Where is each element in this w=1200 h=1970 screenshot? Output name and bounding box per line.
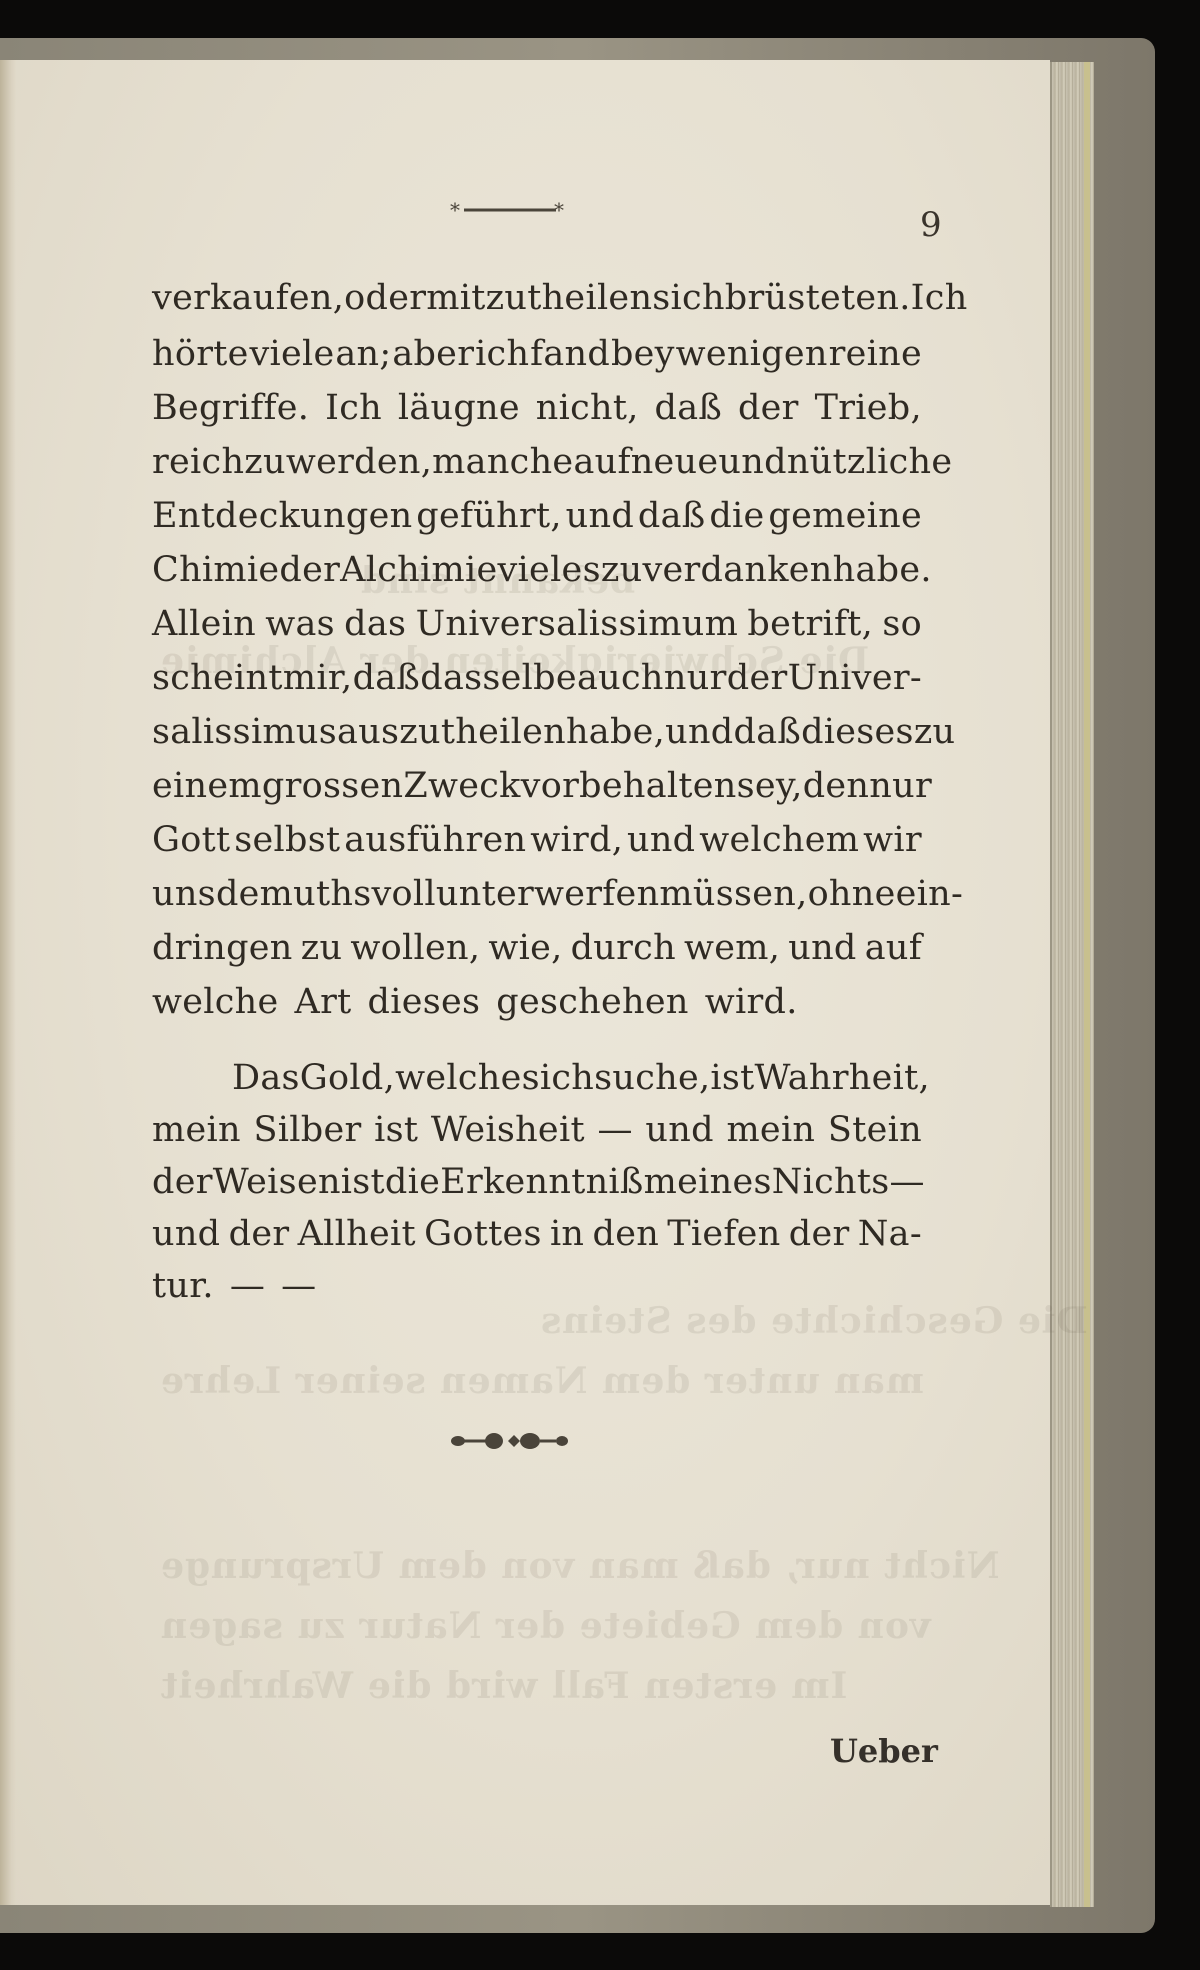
- word: der: [727, 658, 788, 698]
- word: geschehen: [496, 982, 688, 1022]
- word: den: [593, 1214, 660, 1254]
- word: auf: [573, 442, 630, 482]
- word: der: [152, 1162, 213, 1202]
- word: Chimie: [152, 550, 279, 590]
- word: Begriffe.: [152, 388, 309, 428]
- word: und: [627, 820, 695, 860]
- word: bey: [611, 334, 675, 374]
- word: vieles: [497, 550, 600, 590]
- word: und: [566, 496, 634, 536]
- text-line: DasGold,welchesichsuche,istWahrheit,: [232, 1058, 922, 1098]
- word: sey,: [737, 766, 803, 806]
- svg-text:*: *: [554, 200, 564, 220]
- word: ich: [475, 334, 529, 374]
- word: ist: [374, 1110, 418, 1150]
- word: neue: [631, 442, 719, 482]
- word: Trieb,: [815, 388, 922, 428]
- text-line: Begriffe.Ichläugnenicht,daßderTrieb,: [152, 388, 922, 428]
- word: ich: [540, 1058, 594, 1098]
- tailpiece-ornament-icon: [450, 1428, 630, 1454]
- word: uns: [152, 874, 216, 914]
- word: geführt,: [416, 496, 561, 536]
- word: daß: [353, 658, 421, 698]
- text-line: tur.——: [152, 1266, 922, 1306]
- word: zu: [301, 928, 343, 968]
- word: Gott: [152, 820, 230, 860]
- word: Art: [295, 982, 352, 1022]
- word: reine: [829, 334, 922, 374]
- word: —: [597, 1110, 632, 1150]
- text-line: meinSilberistWeisheit—undmeinStein: [152, 1110, 922, 1150]
- text-line: Entdeckungengeführt,unddaßdiegemeine: [152, 496, 922, 536]
- text-line: einemgrossenZweckvorbehaltensey,dennur: [152, 766, 922, 806]
- word: wollen,: [350, 928, 480, 968]
- word: Ich: [911, 278, 968, 318]
- word: das: [344, 604, 406, 644]
- word: daß: [638, 496, 706, 536]
- word: zu: [914, 712, 956, 752]
- word: welches: [395, 1058, 540, 1098]
- word: Erkenntniß: [440, 1162, 643, 1202]
- word: Tiefen: [667, 1214, 780, 1254]
- word: einem: [152, 766, 262, 806]
- word: durch: [571, 928, 676, 968]
- word: Silber: [253, 1110, 361, 1150]
- word: suche,: [594, 1058, 710, 1098]
- word: dringen: [152, 928, 293, 968]
- word: gemeine: [768, 496, 922, 536]
- word: auf: [865, 928, 922, 968]
- word: und: [718, 442, 786, 482]
- word: wie,: [488, 928, 562, 968]
- word: viele: [249, 334, 334, 374]
- word: wird,: [530, 820, 623, 860]
- word: —: [281, 1266, 316, 1306]
- word: an;: [335, 334, 391, 374]
- show-through-text: Im ersten Fall wird die Wahrheit: [160, 1665, 847, 1707]
- word: welche: [152, 982, 279, 1022]
- word: salissimus: [152, 712, 337, 752]
- word: nicht,: [536, 388, 639, 428]
- word: dieses: [368, 982, 481, 1022]
- word: den: [803, 766, 870, 806]
- word: der: [738, 388, 799, 428]
- catchword: Ueber: [830, 1732, 938, 1770]
- word: wird.: [705, 982, 798, 1022]
- word: oder: [344, 278, 426, 318]
- word: Weisheit: [431, 1110, 585, 1150]
- word: ist: [341, 1162, 385, 1202]
- word: wir: [863, 820, 922, 860]
- word: ist: [710, 1058, 754, 1098]
- word: tur.: [152, 1266, 214, 1306]
- text-line: undderAllheitGottesindenTiefenderNa-: [152, 1214, 922, 1254]
- word: Alchimie: [340, 550, 497, 590]
- word: scheint: [152, 658, 283, 698]
- word: hörte: [152, 334, 249, 374]
- text-line: hörtevielean;aberichfandbeywenigenreine: [152, 334, 922, 374]
- word: mein: [152, 1110, 241, 1150]
- word: mir,: [283, 658, 353, 698]
- word: daß: [734, 712, 802, 752]
- word: die: [709, 496, 764, 536]
- text-line: welcheArtdiesesgeschehenwird.: [152, 982, 922, 1022]
- word: betrift,: [747, 604, 873, 644]
- word: und: [645, 1110, 713, 1150]
- word: so: [882, 604, 922, 644]
- word: unterwerfen: [436, 874, 660, 914]
- word: Na-: [858, 1214, 922, 1254]
- word: Univer-: [788, 658, 922, 698]
- word: nützliche: [787, 442, 953, 482]
- word: habe.: [833, 550, 932, 590]
- text-line: derWeisenistdieErkenntnißmeinesNichts—: [152, 1162, 922, 1202]
- word: demuthsvoll: [216, 874, 436, 914]
- word: Gold,: [300, 1058, 395, 1098]
- word: ausführen: [344, 820, 526, 860]
- word: dieses: [801, 712, 914, 752]
- word: wem,: [684, 928, 780, 968]
- word: verdanken: [642, 550, 832, 590]
- word: Universalissimum: [416, 604, 739, 644]
- svg-text:*: *: [450, 200, 460, 220]
- text-line: AlleinwasdasUniversalissimumbetrift,so: [152, 604, 922, 644]
- show-through-text: Nicht nur, daß man von dem Ursprunge: [160, 1545, 1000, 1587]
- page-number: 9: [920, 205, 942, 245]
- word: selbst: [234, 820, 340, 860]
- word: brüsteten.: [725, 278, 911, 318]
- word: grossen: [262, 766, 404, 806]
- word: welchem: [699, 820, 859, 860]
- word: Allheit: [298, 1214, 416, 1254]
- word: aber: [392, 334, 474, 374]
- word: —: [230, 1266, 265, 1306]
- word: Entdeckungen: [152, 496, 412, 536]
- word: vorbehalten: [521, 766, 737, 806]
- word: Stein: [828, 1110, 922, 1150]
- word: verkaufen,: [152, 278, 344, 318]
- word: zu: [601, 550, 643, 590]
- word: habe,: [566, 712, 665, 752]
- word: reich: [152, 442, 244, 482]
- show-through-text: man unter dem Namen seiner Lehre: [160, 1360, 924, 1402]
- running-head-ornament-icon: * *: [450, 200, 570, 220]
- text-line: unsdemuthsvollunterwerfenmüssen,ohneein-: [152, 874, 922, 914]
- word: meines: [644, 1162, 772, 1202]
- word: der: [789, 1214, 850, 1254]
- text-line: salissimusauszutheilenhabe,unddaßdiesesz…: [152, 712, 922, 752]
- word: mitzutheilen: [426, 278, 652, 318]
- word: der: [279, 550, 340, 590]
- page-edges: [1050, 62, 1094, 1907]
- show-through-text: Die Geschichte des Steins: [540, 1300, 1088, 1342]
- text-line: ChimiederAlchimievieleszuverdankenhabe.: [152, 550, 922, 590]
- text-line: reichzuwerden,mancheaufneueundnützliche: [152, 442, 922, 482]
- text-line: scheintmir,daßdasselbeauchnurderUniver-: [152, 658, 922, 698]
- word: Weisen: [213, 1162, 341, 1202]
- word: dasselbe: [420, 658, 577, 698]
- word: auszutheilen: [337, 712, 566, 752]
- word: —: [890, 1162, 925, 1202]
- word: auch: [577, 658, 664, 698]
- word: nur: [869, 766, 932, 806]
- show-through-text: von dem Gebiete der Natur zu sagen: [160, 1605, 931, 1647]
- word: daß: [655, 388, 723, 428]
- word: ohne: [808, 874, 896, 914]
- word: ein-: [896, 874, 963, 914]
- word: was: [265, 604, 335, 644]
- word: nur: [664, 658, 727, 698]
- word: die: [385, 1162, 440, 1202]
- text-line: verkaufen,odermitzutheilensichbrüsteten.…: [152, 278, 922, 318]
- word: müssen,: [659, 874, 807, 914]
- word: wenigen: [676, 334, 828, 374]
- word: Nichts: [772, 1162, 890, 1202]
- word: mein: [726, 1110, 815, 1150]
- word: und: [152, 1214, 220, 1254]
- word: manche: [432, 442, 573, 482]
- word: Das: [232, 1058, 300, 1098]
- word: läugne: [398, 388, 520, 428]
- word: zu: [244, 442, 286, 482]
- page-gutter: [0, 60, 16, 1905]
- word: in: [550, 1214, 584, 1254]
- text-line: dringenzuwollen,wie,durchwem,undauf: [152, 928, 922, 968]
- word: Allein: [152, 604, 256, 644]
- word: sich: [652, 278, 725, 318]
- word: und: [665, 712, 733, 752]
- word: fand: [530, 334, 610, 374]
- word: der: [229, 1214, 290, 1254]
- word: und: [788, 928, 856, 968]
- word: werden,: [286, 442, 432, 482]
- word: Wahrheit,: [755, 1058, 930, 1098]
- word: Zweck: [403, 766, 520, 806]
- word: Ich: [325, 388, 382, 428]
- text-line: Gottselbstausführenwird,undwelchemwir: [152, 820, 922, 860]
- word: Gottes: [424, 1214, 542, 1254]
